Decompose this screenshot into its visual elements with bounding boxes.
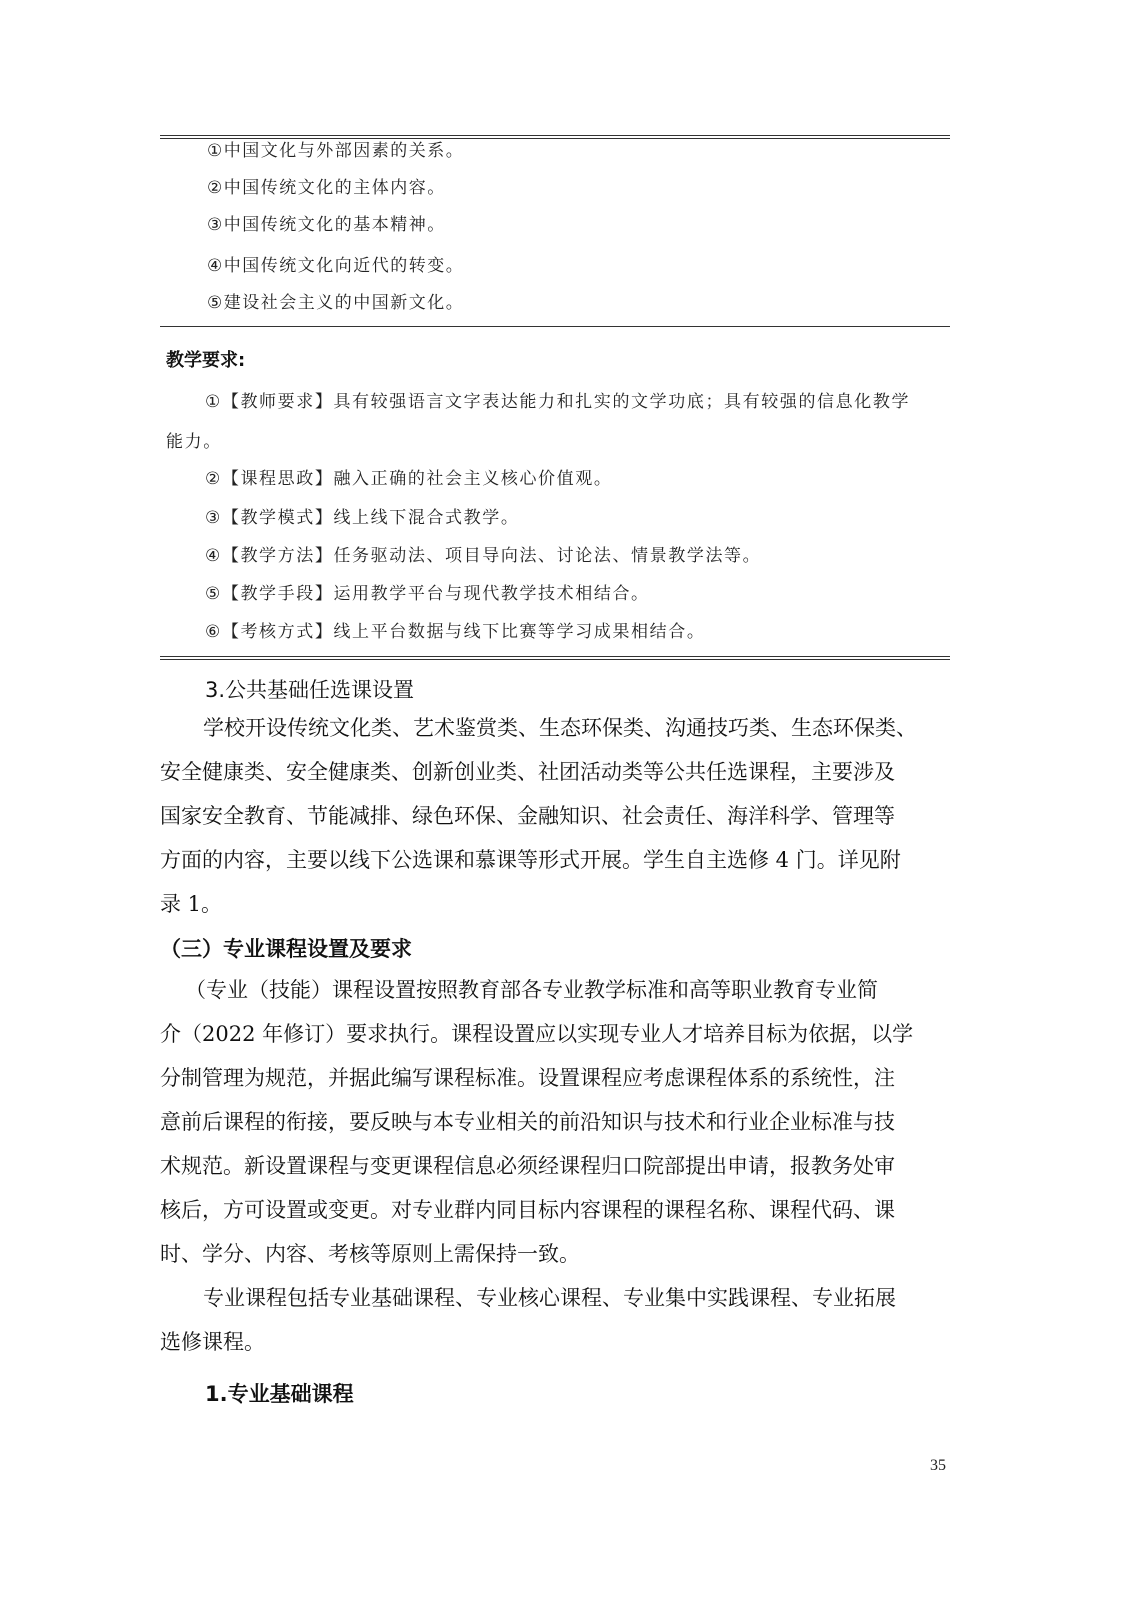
section-three-p1-line-4: 意前后课程的衔接，要反映与本专业相关的前沿知识与技术和行业企业标准与技	[160, 1109, 895, 1135]
requirement-6: ⑥【考核方式】线上平台数据与线下比赛等学习成果相结合。	[205, 622, 705, 642]
section-three-p1-line-7: 时、学分、内容、考核等原则上需保持一致。	[160, 1241, 580, 1267]
section-three-p1-line-2: 介（2022 年修订）要求执行。课程设置应以实现专业人才培养目标为依据，以学	[160, 1021, 913, 1047]
subsection-1-heading: 1.专业基础课程	[205, 1378, 354, 1408]
page-number: 35	[930, 1457, 946, 1475]
content-item-5: ⑤建设社会主义的中国新文化。	[207, 293, 464, 313]
section-three-p1-line-3: 分制管理为规范，并据此编写课程标准。设置课程应考虑课程体系的系统性，注	[160, 1065, 895, 1091]
content-item-4: ④中国传统文化向近代的转变。	[207, 256, 464, 276]
table-mid-rule	[160, 326, 950, 327]
section-3-heading: 3.公共基础任选课设置	[205, 674, 414, 704]
teaching-requirements-heading: 教学要求:	[166, 346, 245, 372]
section-3-line-3: 国家安全教育、节能减排、绿色环保、金融知识、社会责任、海洋科学、管理等	[160, 803, 895, 829]
content-item-3: ③中国传统文化的基本精神。	[207, 215, 446, 235]
requirement-5: ⑤【教学手段】运用教学平台与现代教学技术相结合。	[205, 584, 650, 604]
content-item-1: ①中国文化与外部因素的关系。	[207, 141, 464, 161]
section-three-p1-line-1: （专业（技能）课程设置按照教育部各专业教学标准和高等职业教育专业简	[185, 977, 878, 1003]
requirement-1: ①【教师要求】具有较强语言文字表达能力和扎实的文学功底；具有较强的信息化教学	[205, 392, 910, 412]
section-three-p1-line-5: 术规范。新设置课程与变更课程信息必须经课程归口院部提出申请，报教务处审	[160, 1153, 895, 1179]
section-three-heading: （三）专业课程设置及要求	[160, 933, 412, 963]
table-bottom-rule	[160, 656, 950, 660]
requirement-4: ④【教学方法】任务驱动法、项目导向法、讨论法、情景教学法等。	[205, 546, 761, 566]
document-page: ①中国文化与外部因素的关系。 ②中国传统文化的主体内容。 ③中国传统文化的基本精…	[0, 0, 1131, 1600]
section-three-p2-line-1: 专业课程包括专业基础课程、专业核心课程、专业集中实践课程、专业拓展	[203, 1285, 896, 1311]
requirement-3: ③【教学模式】线上线下混合式教学。	[205, 508, 519, 528]
section-three-p1-line-6: 核后，方可设置或变更。对专业群内同目标内容课程的课程名称、课程代码、课	[160, 1197, 895, 1223]
requirement-1-cont: 能力。	[166, 432, 222, 452]
requirement-2: ②【课程思政】融入正确的社会主义核心价值观。	[205, 469, 612, 489]
content-item-2: ②中国传统文化的主体内容。	[207, 178, 446, 198]
section-3-line-2: 安全健康类、安全健康类、创新创业类、社团活动类等公共任选课程，主要涉及	[160, 759, 895, 785]
table-top-rule	[160, 135, 950, 139]
section-3-line-1: 学校开设传统文化类、艺术鉴赏类、生态环保类、沟通技巧类、生态环保类、	[203, 715, 917, 741]
section-3-line-5: 录 1。	[160, 891, 222, 917]
section-three-p2-line-2: 选修课程。	[160, 1329, 265, 1355]
section-3-line-4: 方面的内容，主要以线下公选课和慕课等形式开展。学生自主选修 4 门。详见附	[160, 847, 901, 873]
